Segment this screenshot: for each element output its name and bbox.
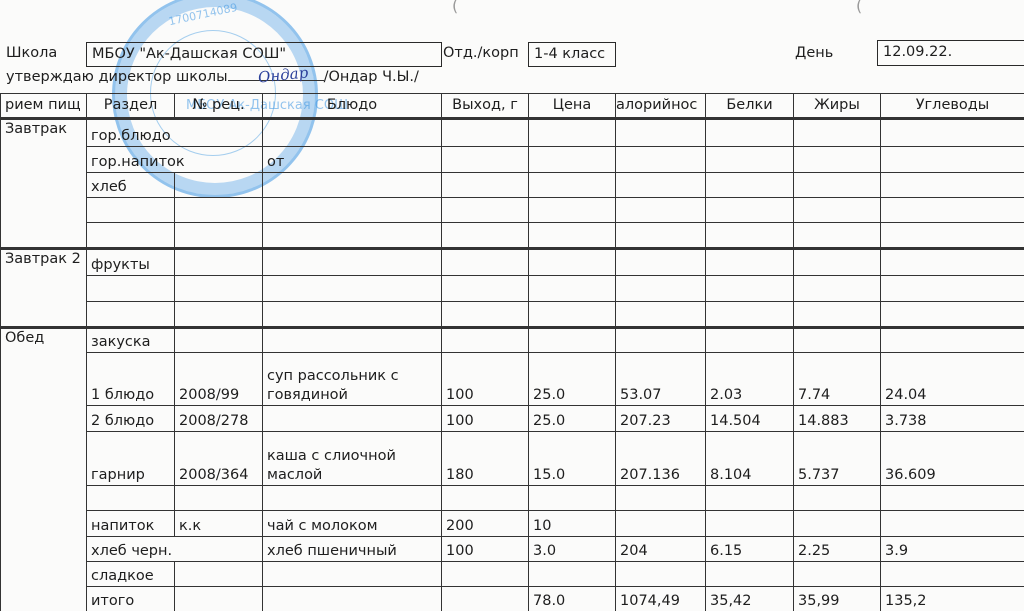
dish-cell: суп рассольник с говядиной	[263, 353, 442, 406]
dish-cell	[263, 198, 442, 223]
table-row: Завтрак 2фрукты	[1, 249, 1024, 276]
price-cell	[529, 276, 616, 302]
col-carbs: Углеводы	[881, 94, 1024, 119]
table-row	[1, 198, 1024, 223]
table-header-row: рием пищ Раздел № рец. Блюдо Выход, г Це…	[1, 94, 1024, 119]
table-row	[1, 223, 1024, 249]
dish-cell: от	[263, 147, 442, 173]
fat-cell	[794, 223, 881, 249]
protein-cell	[706, 562, 794, 587]
section-cell: фрукты	[87, 249, 175, 276]
protein-cell	[706, 147, 794, 173]
section-cell: гарнир	[87, 432, 175, 486]
kcal-cell	[616, 328, 706, 353]
section-cell	[87, 223, 175, 249]
dish-cell	[263, 486, 442, 511]
col-kcal: алорийнос	[616, 94, 706, 119]
table-row: Обедзакуска	[1, 328, 1024, 353]
price-cell	[529, 249, 616, 276]
protein-cell: 35,42	[706, 587, 794, 611]
price-cell: 15.0	[529, 432, 616, 486]
dish-cell	[263, 173, 442, 198]
recipe-cell	[175, 562, 263, 587]
protein-cell	[706, 328, 794, 353]
section-cell	[87, 198, 175, 223]
recipe-cell	[175, 302, 263, 328]
yield-cell: 100	[442, 353, 529, 406]
fat-cell	[794, 147, 881, 173]
kcal-cell	[616, 223, 706, 249]
carbs-cell	[881, 119, 1024, 147]
signature-line	[228, 80, 324, 81]
table-row	[1, 486, 1024, 511]
table-row: 2 блюдо2008/27810025.0207.2314.50414.883…	[1, 406, 1024, 432]
recipe-cell	[175, 249, 263, 276]
fat-cell: 35,99	[794, 587, 881, 611]
carbs-cell	[881, 198, 1024, 223]
meal-cell: Обед	[1, 328, 87, 611]
yield-cell: 100	[442, 406, 529, 432]
yield-cell	[442, 249, 529, 276]
protein-cell: 8.104	[706, 432, 794, 486]
carbs-cell	[881, 249, 1024, 276]
yield-cell: 200	[442, 511, 529, 537]
col-yield: Выход, г	[442, 94, 529, 119]
dish-cell	[263, 276, 442, 302]
protein-cell	[706, 276, 794, 302]
fat-cell	[794, 562, 881, 587]
section-cell: хлеб черн.	[87, 537, 263, 562]
carbs-cell	[881, 328, 1024, 353]
protein-cell	[706, 173, 794, 198]
table-row	[1, 302, 1024, 328]
kcal-cell: 53.07	[616, 353, 706, 406]
carbs-cell	[881, 173, 1024, 198]
kcal-cell: 204	[616, 537, 706, 562]
table-row: гарнир2008/364каша с слиочной маслой1801…	[1, 432, 1024, 486]
kcal-cell: 207.136	[616, 432, 706, 486]
protein-cell	[706, 198, 794, 223]
kcal-cell: 207.23	[616, 406, 706, 432]
dept-label: Отд./корп	[443, 45, 519, 61]
yield-cell	[442, 486, 529, 511]
price-cell	[529, 328, 616, 353]
recipe-cell	[175, 587, 263, 611]
section-cell: итого	[87, 587, 175, 611]
kcal-cell	[616, 276, 706, 302]
carbs-cell: 135,2	[881, 587, 1024, 611]
day-field: 12.09.22.	[877, 40, 1024, 66]
yield-cell	[442, 173, 529, 198]
kcal-cell	[616, 511, 706, 537]
protein-cell	[706, 119, 794, 147]
dish-cell: чай с молоком	[263, 511, 442, 537]
dish-cell: каша с слиочной маслой	[263, 432, 442, 486]
section-cell: 1 блюдо	[87, 353, 175, 406]
section-cell: закуска	[87, 328, 175, 353]
kcal-cell	[616, 249, 706, 276]
section-cell: хлеб	[87, 173, 175, 198]
recipe-cell	[175, 486, 263, 511]
carbs-cell	[881, 486, 1024, 511]
kcal-cell	[616, 302, 706, 328]
carbs-cell	[881, 147, 1024, 173]
director-name: /Ондар Ч.Ы./	[324, 69, 419, 85]
menu-table: рием пищ Раздел № рец. Блюдо Выход, г Це…	[0, 93, 1024, 611]
recipe-cell: к.к	[175, 511, 263, 537]
school-field: МБОУ "Ак-Дашская СОШ"	[86, 42, 442, 67]
yield-cell	[442, 276, 529, 302]
protein-cell: 6.15	[706, 537, 794, 562]
protein-cell: 14.504	[706, 406, 794, 432]
carbs-cell: 3.738	[881, 406, 1024, 432]
table-row: итого78.01074,4935,4235,99135,2	[1, 587, 1024, 611]
fat-cell: 14.883	[794, 406, 881, 432]
school-label: Школа	[6, 45, 57, 61]
carbs-cell	[881, 302, 1024, 328]
meal-cell: Завтрак	[1, 119, 87, 249]
dish-cell	[263, 223, 442, 249]
yield-cell	[442, 587, 529, 611]
day-label: День	[795, 45, 833, 61]
fat-cell	[794, 302, 881, 328]
yield-cell: 180	[442, 432, 529, 486]
protein-cell	[706, 223, 794, 249]
col-dish: Блюдо	[263, 94, 442, 119]
recipe-cell: 2008/278	[175, 406, 263, 432]
yield-cell	[442, 198, 529, 223]
kcal-cell	[616, 119, 706, 147]
fat-cell	[794, 511, 881, 537]
dish-cell	[263, 562, 442, 587]
table-row: сладкое	[1, 562, 1024, 587]
stamp-inn: 1700714089	[167, 1, 238, 28]
kcal-cell	[616, 486, 706, 511]
section-cell: напиток	[87, 511, 175, 537]
section-cell: гор.блюдо	[87, 119, 263, 147]
protein-cell	[706, 511, 794, 537]
price-cell	[529, 562, 616, 587]
price-cell	[529, 147, 616, 173]
yield-cell	[442, 147, 529, 173]
price-cell	[529, 119, 616, 147]
price-cell	[529, 486, 616, 511]
dept-field: 1-4 класс	[528, 42, 616, 67]
kcal-cell: 1074,49	[616, 587, 706, 611]
col-protein: Белки	[706, 94, 794, 119]
section-cell	[87, 302, 175, 328]
fat-cell: 7.74	[794, 353, 881, 406]
recipe-cell	[175, 198, 263, 223]
margin-mark: (	[856, 0, 862, 15]
yield-cell	[442, 223, 529, 249]
carbs-cell: 3.9	[881, 537, 1024, 562]
col-meal: рием пищ	[1, 94, 87, 119]
dish-cell: хлеб пшеничный	[263, 537, 442, 562]
col-price: Цена	[529, 94, 616, 119]
yield-cell: 100	[442, 537, 529, 562]
protein-cell	[706, 249, 794, 276]
price-cell: 25.0	[529, 353, 616, 406]
meal-cell: Завтрак 2	[1, 249, 87, 328]
section-cell: сладкое	[87, 562, 175, 587]
section-cell: гор.напиток	[87, 147, 263, 173]
price-cell	[529, 302, 616, 328]
approve-text: утверждаю директор школы/Ондар Ч.Ы./	[6, 69, 419, 85]
protein-cell: 2.03	[706, 353, 794, 406]
recipe-cell: 2008/99	[175, 353, 263, 406]
table-row	[1, 276, 1024, 302]
carbs-cell: 24.04	[881, 353, 1024, 406]
price-cell	[529, 223, 616, 249]
table-row: хлеб черн.хлеб пшеничный1003.02046.152.2…	[1, 537, 1024, 562]
carbs-cell: 36.609	[881, 432, 1024, 486]
price-cell: 3.0	[529, 537, 616, 562]
price-cell	[529, 198, 616, 223]
price-cell: 25.0	[529, 406, 616, 432]
fat-cell	[794, 486, 881, 511]
carbs-cell	[881, 511, 1024, 537]
dish-cell	[263, 249, 442, 276]
section-cell	[87, 486, 175, 511]
fat-cell	[794, 173, 881, 198]
yield-cell	[442, 562, 529, 587]
dish-cell	[263, 119, 442, 147]
price-cell: 78.0	[529, 587, 616, 611]
protein-cell	[706, 486, 794, 511]
kcal-cell	[616, 198, 706, 223]
section-cell	[87, 276, 175, 302]
dish-cell	[263, 587, 442, 611]
margin-mark: (	[452, 0, 458, 15]
kcal-cell	[616, 562, 706, 587]
col-fat: Жиры	[794, 94, 881, 119]
approve-label: утверждаю директор школы	[6, 69, 228, 85]
table-row: хлеб	[1, 173, 1024, 198]
fat-cell	[794, 119, 881, 147]
carbs-cell	[881, 223, 1024, 249]
table-row: 1 блюдо2008/99суп рассольник с говядиной…	[1, 353, 1024, 406]
table-row: напитокк.кчай с молоком20010	[1, 511, 1024, 537]
fat-cell	[794, 249, 881, 276]
price-cell	[529, 173, 616, 198]
carbs-cell	[881, 562, 1024, 587]
kcal-cell	[616, 147, 706, 173]
yield-cell	[442, 119, 529, 147]
recipe-cell	[175, 276, 263, 302]
kcal-cell	[616, 173, 706, 198]
table-row: Завтракгор.блюдо	[1, 119, 1024, 147]
fat-cell	[794, 276, 881, 302]
yield-cell	[442, 328, 529, 353]
fat-cell: 2.25	[794, 537, 881, 562]
table-row: гор.напитокот	[1, 147, 1024, 173]
dish-cell	[263, 302, 442, 328]
section-cell: 2 блюдо	[87, 406, 175, 432]
protein-cell	[706, 302, 794, 328]
fat-cell	[794, 198, 881, 223]
fat-cell	[794, 328, 881, 353]
col-section: Раздел	[87, 94, 175, 119]
col-recipe: № рец.	[175, 94, 263, 119]
fat-cell: 5.737	[794, 432, 881, 486]
yield-cell	[442, 302, 529, 328]
recipe-cell	[175, 173, 263, 198]
dish-cell	[263, 328, 442, 353]
recipe-cell: 2008/364	[175, 432, 263, 486]
price-cell: 10	[529, 511, 616, 537]
recipe-cell	[175, 328, 263, 353]
dish-cell	[263, 406, 442, 432]
carbs-cell	[881, 276, 1024, 302]
recipe-cell	[175, 223, 263, 249]
